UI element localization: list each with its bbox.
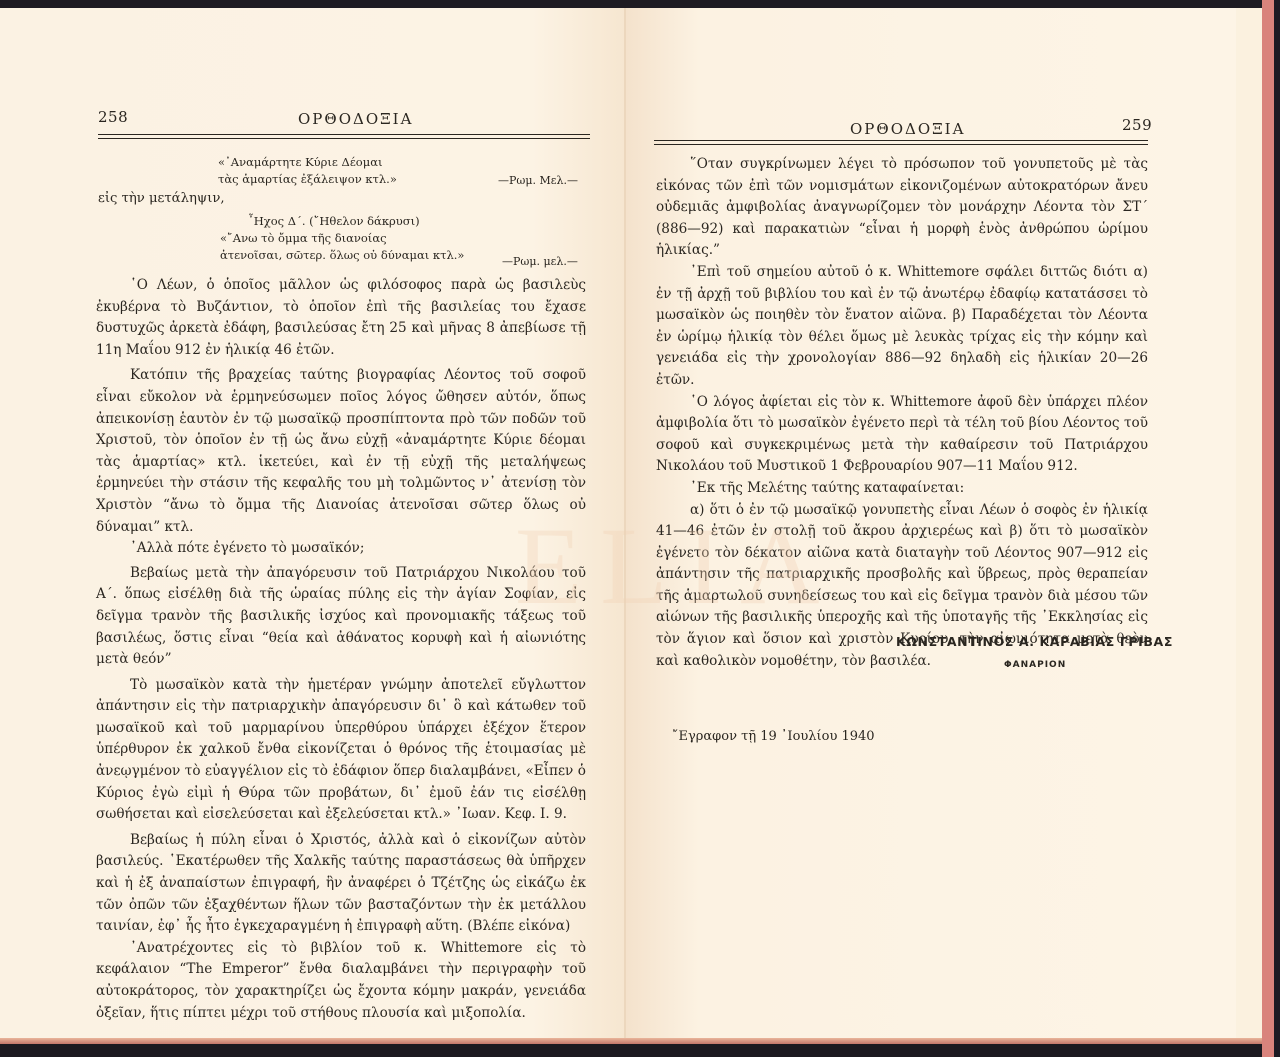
left-body-text: ῾Ο Λέων, ὁ ὁποῖος μᾶλλον ὡς φιλόσοφος πα… bbox=[96, 275, 586, 1024]
verse-line: ἀτενοῖσαι, σῶτερ. ὅλως οὐ δύναμαι κτλ.» bbox=[220, 247, 464, 264]
right-page: ΟΡΘΟΔΟΞΙΑ 259 ῞Οταν συγκρίνωμεν λέγει τὸ… bbox=[626, 8, 1236, 1044]
background-bottom bbox=[0, 1044, 1262, 1057]
right-body-text: ῞Οταν συγκρίνωμεν λέγει τὸ πρόσωπον τοῦ … bbox=[656, 154, 1148, 672]
verse-line: τὰς ἁμαρτίας ἐξάλειψον κτλ.» bbox=[218, 171, 397, 188]
book-cover-edge bbox=[1262, 0, 1274, 1057]
page-number: 258 bbox=[98, 108, 128, 126]
header-rule bbox=[654, 140, 1148, 141]
paragraph: ῞Οταν συγκρίνωμεν λέγει τὸ πρόσωπον τοῦ … bbox=[656, 154, 1148, 262]
author-location: ΦΑΝΑΡΙΟΝ bbox=[1004, 660, 1066, 670]
running-title: ΟΡΘΟΔΟΞΙΑ bbox=[850, 120, 965, 138]
book-spread: 258 ΟΡΘΟΔΟΞΙΑ «᾿Αναμάρτητε Κύριε Δέομαι … bbox=[0, 8, 1262, 1044]
verse-quote-1: «᾿Αναμάρτητε Κύριε Δέομαι τὰς ἁμαρτίας ἐ… bbox=[218, 154, 397, 188]
paragraph: Κατόπιν τῆς βραχείας ταύτης βιογραφίας Λ… bbox=[96, 365, 586, 538]
dateline: ῎Εγραφον τῇ 19 ᾿Ιουλίου 1940 bbox=[672, 726, 875, 748]
paragraph: ᾿Εκ τῆς Μελέτης ταύτης καταφαίνεται: bbox=[656, 478, 1148, 500]
verse-line: ῏Ηχος Δ΄. (῎Ηθελον δάκρυσι) bbox=[248, 213, 464, 230]
header-rule-double bbox=[98, 138, 590, 139]
header-rule bbox=[98, 134, 590, 135]
paragraph: ᾿Αλλὰ πότε ἐγένετο τὸ μωσαϊκόν; bbox=[96, 538, 586, 560]
paragraph: Βεβαίως μετὰ τὴν ἀπαγόρευσιν τοῦ Πατριάρ… bbox=[96, 563, 586, 671]
running-title: ΟΡΘΟΔΟΞΙΑ bbox=[298, 110, 413, 128]
verse-lead-in: εἰς τὴν μετάληψιν, bbox=[98, 188, 225, 210]
left-page: 258 ΟΡΘΟΔΟΞΙΑ «᾿Αναμάρτητε Κύριε Δέομαι … bbox=[0, 8, 626, 1044]
paragraph: Τὸ μωσαϊκὸν κατὰ τὴν ἡμετέραν γνώμην ἀπο… bbox=[96, 675, 586, 826]
author-signature: ΚΩΝΣΤΑΝΤΙΝΟΣ Α. ΚΑΡΑΒΙΑΣ ΓΡΙΒΑΣ bbox=[896, 634, 1173, 649]
background-edge bbox=[1274, 0, 1280, 1057]
paragraph: ῾Ο Λέων, ὁ ὁποῖος μᾶλλον ὡς φιλόσοφος πα… bbox=[96, 275, 586, 361]
right-page-header: ΟΡΘΟΔΟΞΙΑ 259 bbox=[626, 118, 1236, 150]
paragraph: Βεβαίως ἡ πύλη εἶναι ὁ Χριστός, ἀλλὰ καὶ… bbox=[96, 830, 586, 938]
left-page-header: 258 ΟΡΘΟΔΟΞΙΑ bbox=[0, 108, 626, 140]
verse-line: «῎Ανω τὸ ὄμμα τῆς διανοίας bbox=[220, 230, 464, 247]
paragraph: ᾿Επὶ τοῦ σημείου αὐτοῦ ὁ κ. Whittemore σ… bbox=[656, 262, 1148, 392]
verse-quote-2: ῏Ηχος Δ΄. (῎Ηθελον δάκρυσι) «῎Ανω τὸ ὄμμ… bbox=[248, 213, 464, 264]
paragraph: ῾Ο λόγος ἀφίεται εἰς τὸν κ. Whittemore ἀ… bbox=[656, 392, 1148, 478]
verse-attribution-1: —Ρωμ. Μελ.— bbox=[498, 174, 578, 187]
paragraph: ᾿Ανατρέχοντες εἰς τὸ βιβλίον τοῦ κ. Whit… bbox=[96, 938, 586, 1024]
header-rule-double bbox=[654, 144, 1148, 145]
page-number: 259 bbox=[1122, 116, 1152, 134]
verse-attribution-2: —Ρωμ. μελ.— bbox=[502, 255, 578, 268]
verse-line: «᾿Αναμάρτητε Κύριε Δέομαι bbox=[218, 154, 397, 171]
